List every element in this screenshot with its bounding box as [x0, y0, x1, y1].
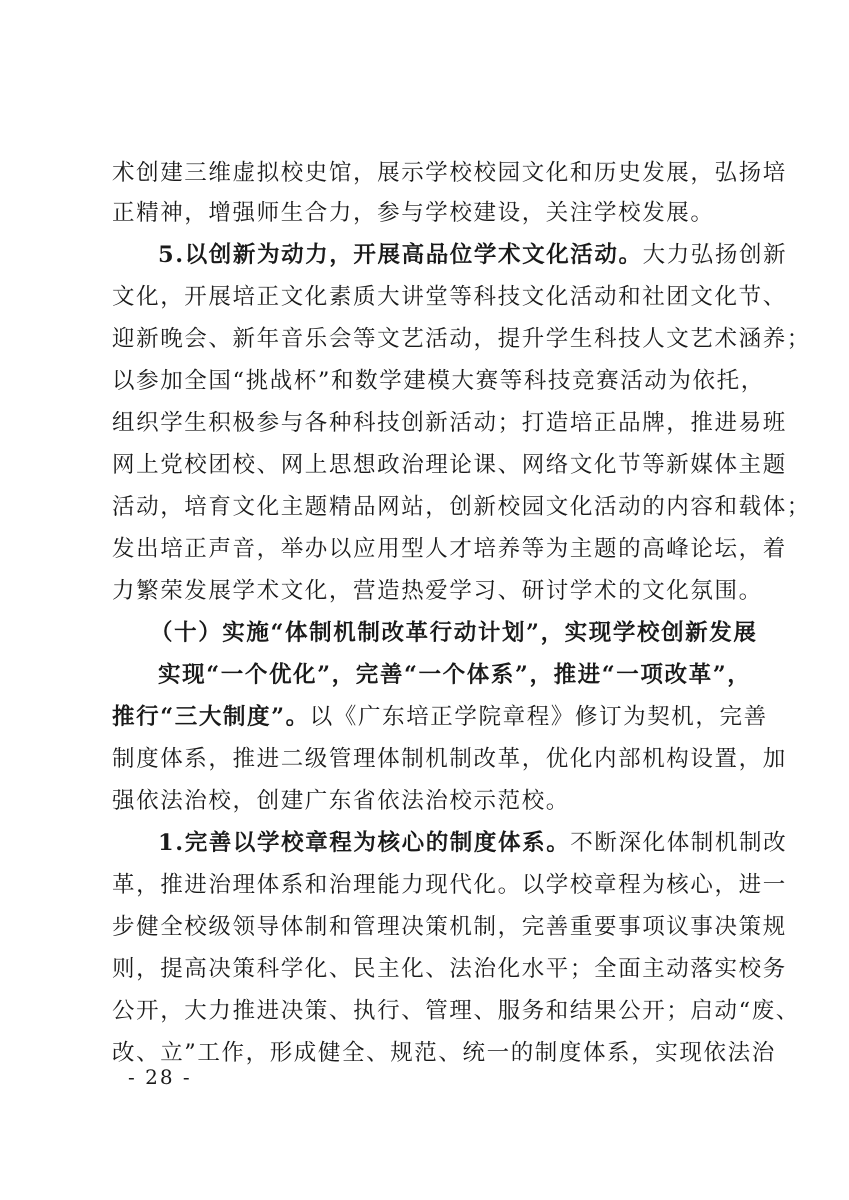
- body-line: 推行“三大制度”。以《广东培正学院章程》修订为契机，完善: [112, 702, 742, 732]
- page-number: - 28 -: [128, 1062, 192, 1092]
- body-line: 文化，开展培正文化素质大讲堂等科技文化活动和社团文化节、: [112, 282, 742, 312]
- body-line: 正精神，增强师生合力，参与学校建设，关注学校发展。: [112, 198, 742, 228]
- section-heading-10: （十）实施“体制机制改革行动计划”，实现学校创新发展: [150, 618, 780, 648]
- subsection-heading-5: 5.以创新为动力，开展高品位学术文化活动。大力弘扬创新: [158, 240, 788, 270]
- body-line: 步健全校级领导体制和管理决策机制，完善重要事项议事决策规: [112, 912, 742, 942]
- heading-bold: 5.以创新为动力，开展高品位学术文化活动。: [158, 242, 643, 268]
- heading-text: 不断深化体制机制改: [570, 830, 787, 856]
- body-line: 网上党校团校、网上思想政治理论课、网络文化节等新媒体主题: [112, 450, 742, 480]
- body-line: 术创建三维虚拟校史馆，展示学校校园文化和历史发展，弘扬培: [112, 158, 742, 188]
- body-line: 强依法治校，创建广东省依法治校示范校。: [112, 786, 742, 816]
- body-line: 力繁荣发展学术文化，营造热爱学习、研讨学术的文化氛围。: [112, 576, 742, 606]
- body-line: 活动，培育文化主题精品网站，创新校园文化活动的内容和载体；: [112, 492, 742, 522]
- body-line: 改、立”工作，形成健全、规范、统一的制度体系，实现依法治: [112, 1038, 742, 1068]
- body-line: 发出培正声音，举办以应用型人才培养等为主题的高峰论坛，着: [112, 534, 742, 564]
- heading-bold: 1.完善以学校章程为核心的制度体系。: [158, 830, 570, 856]
- body-line: 革，推进治理体系和治理能力现代化。以学校章程为核心，进一: [112, 870, 742, 900]
- heading-text: 大力弘扬创新: [643, 242, 788, 268]
- body-line: 以参加全国“挑战杯”和数学建模大赛等科技竞赛活动为依托，: [112, 366, 742, 396]
- body-line: 则，提高决策科学化、民主化、法治化水平；全面主动落实校务: [112, 954, 742, 984]
- subsection-heading-1: 1.完善以学校章程为核心的制度体系。不断深化体制机制改: [158, 828, 788, 858]
- summary-bold: 推行“三大制度”。: [112, 704, 310, 730]
- body-line: 迎新晚会、新年音乐会等文艺活动，提升学生科技人文艺术涵养；: [112, 324, 742, 354]
- document-page: 术创建三维虚拟校史馆，展示学校校园文化和历史发展，弘扬培 正精神，增强师生合力，…: [0, 0, 849, 1200]
- body-line: 公开，大力推进决策、执行、管理、服务和结果公开；启动“废、: [112, 996, 742, 1026]
- section-summary-bold: 实现“一个优化”，完善“一个体系”，推进“一项改革”，: [158, 660, 788, 690]
- summary-text: 以《广东培正学院章程》修订为契机，完善: [310, 704, 768, 730]
- body-line: 组织学生积极参与各种科技创新活动；打造培正品牌，推进易班: [112, 408, 742, 438]
- body-line: 制度体系，推进二级管理体制机制改革，优化内部机构设置，加: [112, 744, 742, 774]
